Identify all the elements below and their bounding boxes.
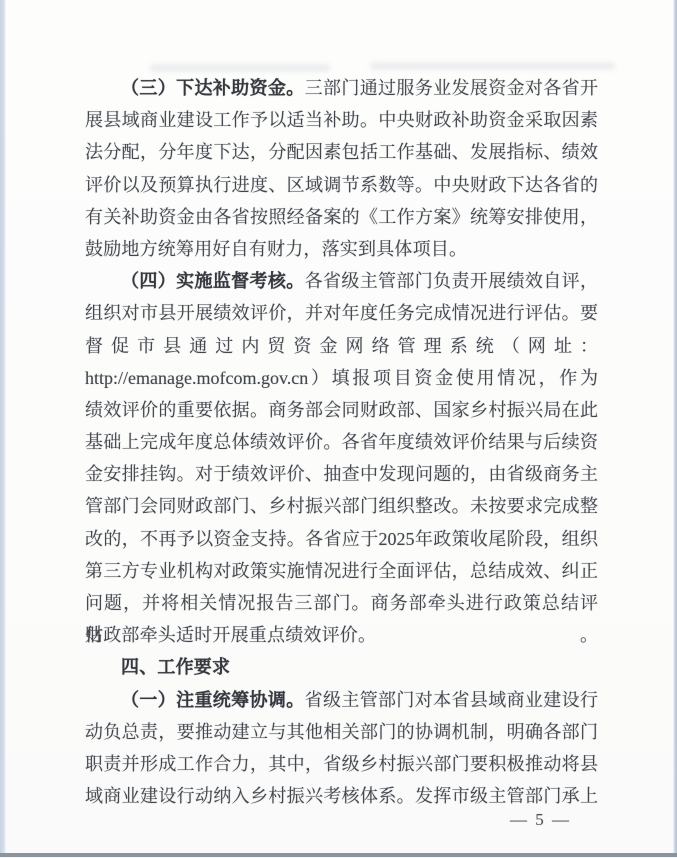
bleed-through-artifact bbox=[150, 64, 330, 72]
line-text: 基础上完成年度总体绩效评价。各省年度绩效评价结果与后续资 bbox=[85, 432, 598, 452]
text-line: 第三方专业机构对政策实施情况进行全面评估，总结成效、纠正 bbox=[85, 555, 598, 587]
text-line: 鼓励地方统筹用好自有财力，落实到具体项目。 bbox=[85, 233, 598, 265]
line-text: 督促市县通过内贸资金网络管理系统（网址： bbox=[85, 336, 598, 356]
text-line: 有关补助资金由各省按照经备案的《工作方案》统筹安排使用， bbox=[85, 201, 598, 233]
line-text: 管部门会同财政部门、乡村振兴部门组织整改。未按要求完成整 bbox=[85, 496, 598, 516]
line-text: http://emanage.mofcom.gov.cn）填报项目资金使用情况，… bbox=[85, 368, 598, 388]
line-text: 法分配，分年度下达，分配因素包括工作基础、发展指标、绩效 bbox=[85, 142, 598, 162]
line-text: 财政部牵头适时开展重点绩效评价。 bbox=[85, 625, 376, 645]
text-line: 组织对市县开展绩效评价，并对年度任务完成情况进行评估。要 bbox=[85, 297, 598, 329]
line-text: 省级主管部门对本省县域商业建设行 bbox=[305, 690, 598, 710]
paragraph-lead-bold: （三）下达补助资金。 bbox=[121, 78, 305, 98]
text-line: http://emanage.mofcom.gov.cn）填报项目资金使用情况，… bbox=[85, 362, 598, 394]
line-text: 各省级主管部门负责开展绩效自评， bbox=[305, 271, 598, 291]
document-body: （三）下达补助资金。三部门通过服务业发展资金对各省开展县域商业建设工作予以适当补… bbox=[85, 72, 598, 812]
line-text: 有关补助资金由各省按照经备案的《工作方案》统筹安排使用， bbox=[85, 207, 598, 227]
line-text: 绩效评价的重要依据。商务部会同财政部、国家乡村振兴局在此 bbox=[85, 400, 598, 420]
text-line: （一）注重统筹协调。省级主管部门对本省县域商业建设行 bbox=[85, 684, 598, 716]
line-text: 职责并形成工作合力，其中，省级乡村振兴部门要积极推动将县 bbox=[85, 754, 598, 774]
scan-right-edge bbox=[673, 0, 677, 858]
scan-left-edge bbox=[0, 0, 6, 858]
line-text: 改的，不再予以资金支持。各省应于2025年政策收尾阶段，组织 bbox=[85, 529, 598, 549]
section-heading: 四、工作要求 bbox=[85, 651, 598, 683]
line-text: 三部门通过服务业发展资金对各省开 bbox=[305, 78, 598, 98]
text-line: 职责并形成工作合力，其中，省级乡村振兴部门要积极推动将县 bbox=[85, 748, 598, 780]
line-text: 第三方专业机构对政策实施情况进行全面评估，总结成效、纠正 bbox=[85, 561, 598, 581]
line-text: 组织对市县开展绩效评价，并对年度任务完成情况进行评估。要 bbox=[85, 303, 598, 323]
line-text: 鼓励地方统筹用好自有财力，落实到具体项目。 bbox=[85, 239, 467, 259]
text-line: 展县域商业建设工作予以适当补助。中央财政补助资金采取因素 bbox=[85, 104, 598, 136]
text-line: （三）下达补助资金。三部门通过服务业发展资金对各省开 bbox=[85, 72, 598, 104]
line-text: 四、工作要求 bbox=[121, 657, 230, 677]
bleed-through-artifact bbox=[370, 62, 615, 70]
text-line: 管部门会同财政部门、乡村振兴部门组织整改。未按要求完成整 bbox=[85, 490, 598, 522]
scanned-page: （三）下达补助资金。三部门通过服务业发展资金对各省开展县域商业建设工作予以适当补… bbox=[0, 0, 677, 858]
line-text: 金安排挂钩。对于绩效评价、抽查中发现问题的，由省级商务主 bbox=[85, 464, 598, 484]
text-line: 域商业建设行动纳入乡村振兴考核体系。发挥市级主管部门承上 bbox=[85, 780, 598, 812]
text-line: 问题，并将相关情况报告三部门。商务部牵头进行政策总结评估。 bbox=[85, 587, 598, 619]
line-text: 展县域商业建设工作予以适当补助。中央财政补助资金采取因素 bbox=[85, 110, 598, 130]
text-line: 评价以及预算执行进度、区域调节系数等。中央财政下达各省的 bbox=[85, 169, 598, 201]
line-text: 评价以及预算执行进度、区域调节系数等。中央财政下达各省的 bbox=[85, 175, 598, 195]
text-line: 动负总责，要推动建立与其他相关部门的协调机制，明确各部门 bbox=[85, 716, 598, 748]
paragraph-lead-bold: （一）注重统筹协调。 bbox=[121, 690, 305, 710]
paragraph-lead-bold: （四）实施监督考核。 bbox=[121, 271, 305, 291]
text-line: 绩效评价的重要依据。商务部会同财政部、国家乡村振兴局在此 bbox=[85, 394, 598, 426]
page-number: — 5 — bbox=[510, 810, 571, 830]
line-text: 动负总责，要推动建立与其他相关部门的协调机制，明确各部门 bbox=[85, 722, 598, 742]
text-line: 改的，不再予以资金支持。各省应于2025年政策收尾阶段，组织 bbox=[85, 523, 598, 555]
text-line: 督促市县通过内贸资金网络管理系统（网址： bbox=[85, 330, 598, 362]
text-line: 法分配，分年度下达，分配因素包括工作基础、发展指标、绩效 bbox=[85, 136, 598, 168]
line-text: 域商业建设行动纳入乡村振兴考核体系。发挥市级主管部门承上 bbox=[85, 786, 598, 806]
text-line: 基础上完成年度总体绩效评价。各省年度绩效评价结果与后续资 bbox=[85, 426, 598, 458]
text-line: 金安排挂钩。对于绩效评价、抽查中发现问题的，由省级商务主 bbox=[85, 458, 598, 490]
text-line: （四）实施监督考核。各省级主管部门负责开展绩效自评， bbox=[85, 265, 598, 297]
